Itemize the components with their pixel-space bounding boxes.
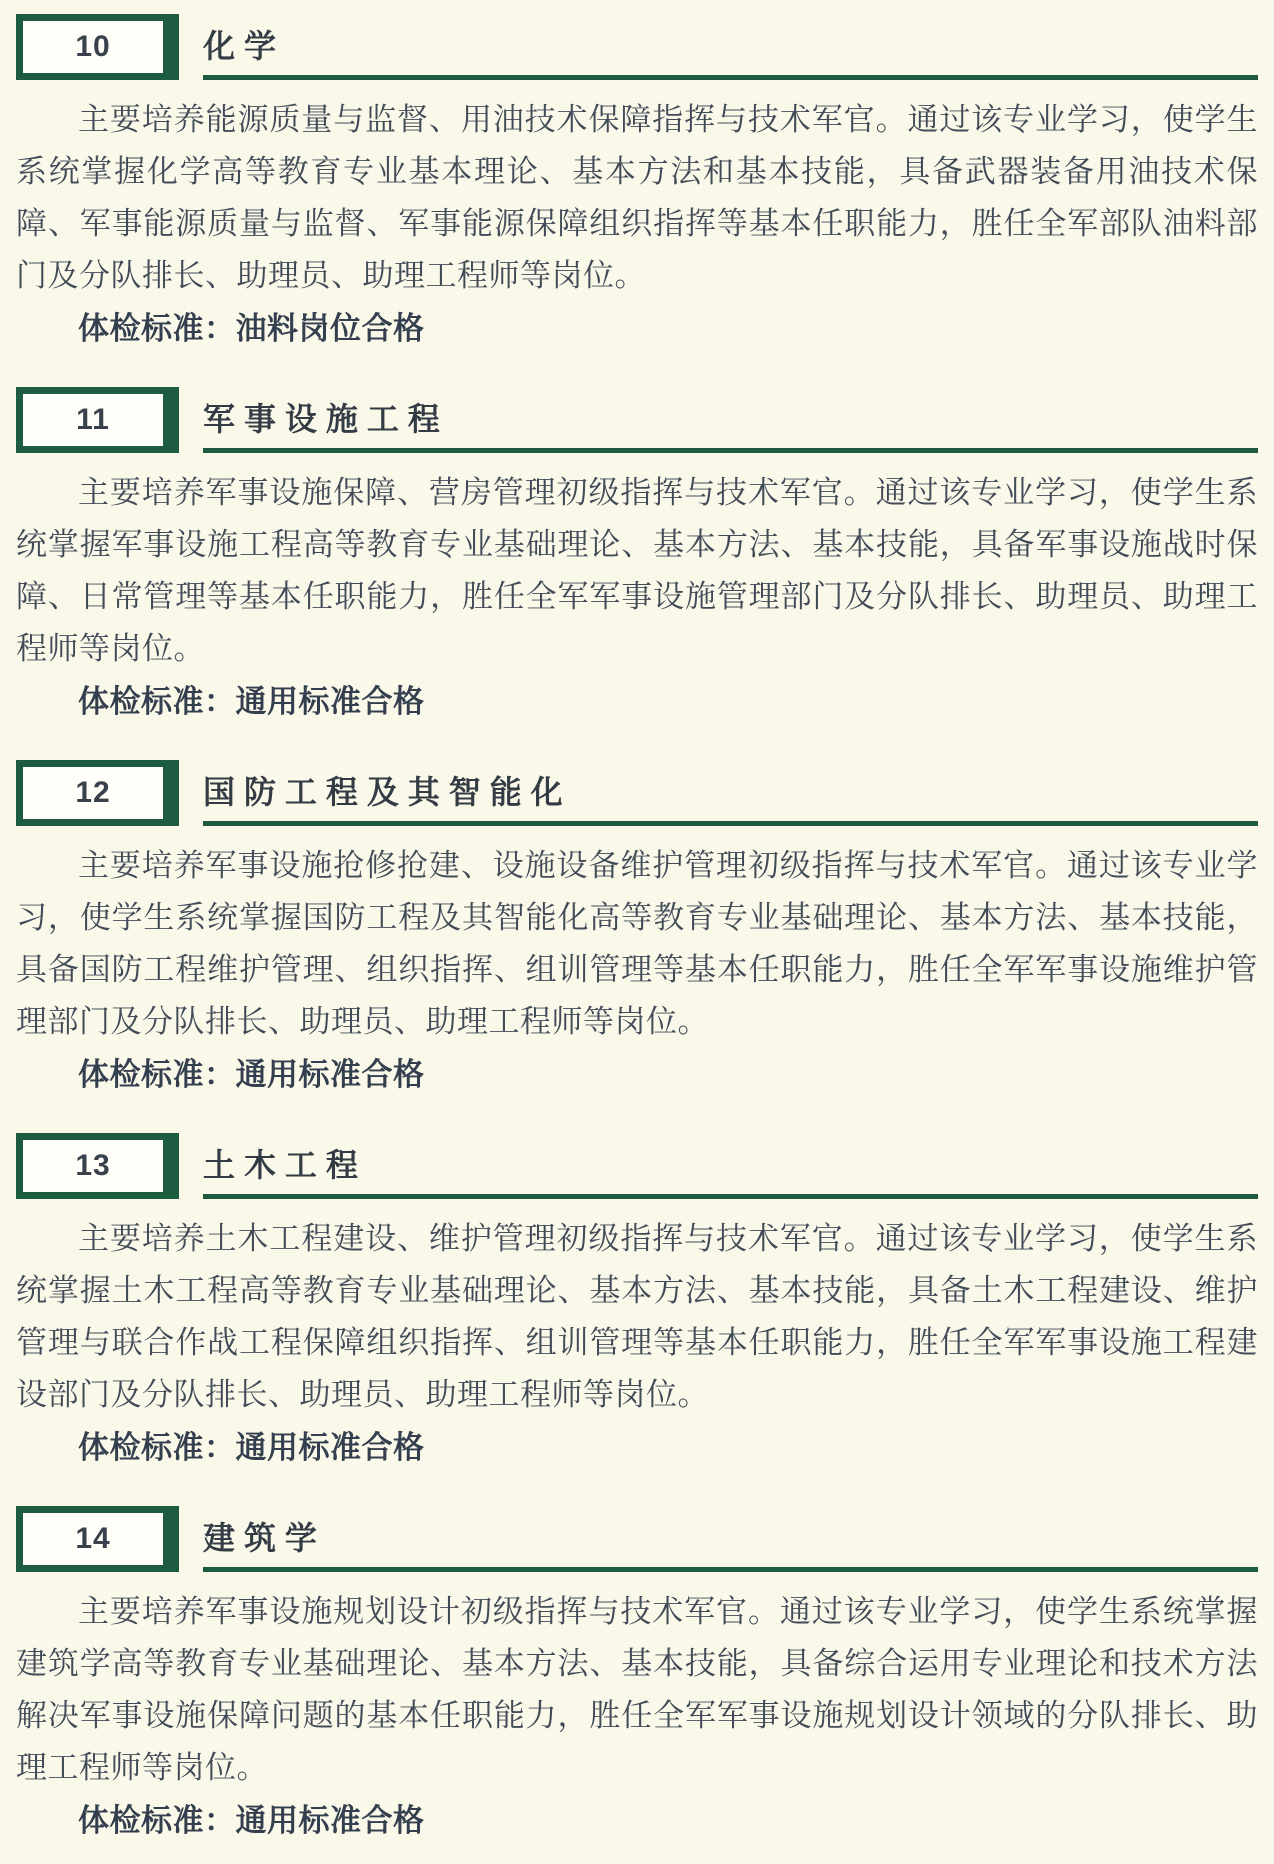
title-underline [203, 821, 1258, 826]
major-section-13: 13 土木工程 主要培养土木工程建设、维护管理初级指挥与技术军官。通过该专业学习… [16, 1133, 1258, 1474]
section-title-area: 军事设施工程 [203, 387, 1258, 453]
physical-standard: 体检标准：油料岗位合格 [16, 303, 1258, 355]
section-header: 11 军事设施工程 [16, 387, 1258, 453]
major-section-12: 12 国防工程及其智能化 主要培养军事设施抢修抢建、设施设备维护管理初级指挥与技… [16, 760, 1258, 1101]
admissions-majors-page: { "page": { "background_color": "#faf8e9… [0, 0, 1274, 1864]
physical-standard: 体检标准：通用标准合格 [16, 676, 1258, 728]
physical-standard: 体检标准：通用标准合格 [16, 1795, 1258, 1847]
major-description: 主要培养军事设施抢修抢建、设施设备维护管理初级指挥与技术军官。通过该专业学习，使… [16, 840, 1258, 1048]
major-description: 主要培养军事设施保障、营房管理初级指挥与技术军官。通过该专业学习，使学生系统掌握… [16, 467, 1258, 675]
section-title: 化学 [203, 29, 1258, 75]
section-title-area: 土木工程 [203, 1133, 1258, 1199]
section-number-box: 14 [16, 1506, 179, 1572]
major-description: 主要培养能源质量与监督、用油技术保障指挥与技术军官。通过该专业学习，使学生系统掌… [16, 94, 1258, 302]
major-section-11: 11 军事设施工程 主要培养军事设施保障、营房管理初级指挥与技术军官。通过该专业… [16, 387, 1258, 728]
physical-standard: 体检标准：通用标准合格 [16, 1049, 1258, 1101]
major-section-14: 14 建筑学 主要培养军事设施规划设计初级指挥与技术军官。通过该专业学习，使学生… [16, 1506, 1258, 1847]
section-number: 10 [75, 30, 110, 64]
title-underline [203, 1567, 1258, 1572]
section-title: 土木工程 [203, 1148, 1258, 1194]
section-number-box: 11 [16, 387, 179, 453]
title-underline [203, 448, 1258, 453]
section-number: 13 [75, 1149, 110, 1183]
section-header: 13 土木工程 [16, 1133, 1258, 1199]
major-section-10: 10 化学 主要培养能源质量与监督、用油技术保障指挥与技术军官。通过该专业学习，… [16, 14, 1258, 355]
section-title-area: 化学 [203, 14, 1258, 80]
title-underline [203, 75, 1258, 80]
section-number: 11 [76, 403, 110, 437]
section-title: 建筑学 [203, 1521, 1258, 1567]
section-header: 12 国防工程及其智能化 [16, 760, 1258, 826]
section-header: 10 化学 [16, 14, 1258, 80]
section-number: 12 [75, 776, 110, 810]
section-number-box: 12 [16, 760, 179, 826]
section-title: 国防工程及其智能化 [203, 775, 1258, 821]
section-title: 军事设施工程 [203, 402, 1258, 448]
section-header: 14 建筑学 [16, 1506, 1258, 1572]
section-number: 14 [75, 1522, 110, 1556]
section-number-box: 13 [16, 1133, 179, 1199]
section-title-area: 国防工程及其智能化 [203, 760, 1258, 826]
major-description: 主要培养土木工程建设、维护管理初级指挥与技术军官。通过该专业学习，使学生系统掌握… [16, 1213, 1258, 1421]
major-description: 主要培养军事设施规划设计初级指挥与技术军官。通过该专业学习，使学生系统掌握建筑学… [16, 1586, 1258, 1794]
title-underline [203, 1194, 1258, 1199]
physical-standard: 体检标准：通用标准合格 [16, 1422, 1258, 1474]
section-title-area: 建筑学 [203, 1506, 1258, 1572]
section-number-box: 10 [16, 14, 179, 80]
